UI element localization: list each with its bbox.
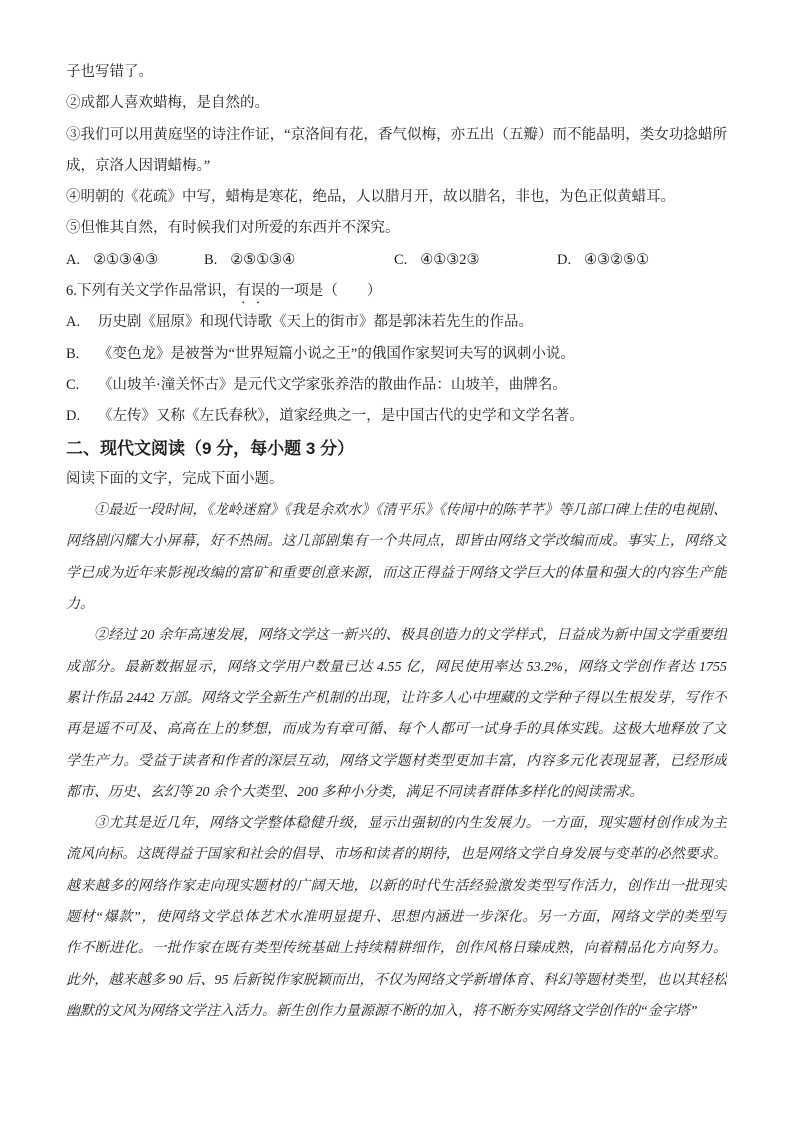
option-sequence: ②①③④③ xyxy=(93,252,158,268)
option-sequence: ④①③2③ xyxy=(420,252,479,268)
context-line: ④明朝的《花疏》中写，蜡梅是寒花，绝品，人以腊月开，故以腊名，非也，为色正似黄蜡… xyxy=(66,182,727,213)
passage-line: 作不断进化。一批作家在既有类型传统基础上持续精耕细作，创作风格日臻成熟，向着精品… xyxy=(66,933,727,964)
question5-options-row: A.②①③④③B.②⑤①③④C.④①③2③D.④③②⑤① xyxy=(66,245,727,276)
reading-passage: ①最近一段时间，《龙岭迷窟》《我是余欢水》《清平乐》《传闻中的陈芊芊》等几部口碑… xyxy=(66,495,727,1027)
question5-context-lines: 子也写错了。②成都人喜欢蜡梅，是自然的。③我们可以用黄庭坚的诗注作证，“京洛间有… xyxy=(66,57,727,245)
option-label: A. xyxy=(66,307,98,338)
passage-line: 力。 xyxy=(66,589,727,620)
option-group: A.②①③④③ xyxy=(66,245,204,276)
question6-stem-prefix: 6.下列有关文学作品常识， xyxy=(66,283,236,299)
passage-line: ②经过 20 余年高速发展，网络文学这一新兴的、极具创造力的文学样式，日益成为新… xyxy=(66,620,727,651)
question6-block: 6.下列有关文学作品常识，有误的一项是（ ） A.历史剧《屈原》和现代诗歌《天上… xyxy=(66,276,727,432)
passage-line: 幽默的文风为网络文学注入活力。新生创作力量源源不断的加入，将不断夯实网络文学创作… xyxy=(66,996,727,1027)
question6-options: A.历史剧《屈原》和现代诗歌《天上的街市》都是郭沫若先生的作品。B.《变色龙》是… xyxy=(66,307,727,432)
section2-heading: 二、现代文阅读（9 分，每小题 3 分） xyxy=(66,433,727,464)
option-sequence: ④③②⑤① xyxy=(584,252,649,268)
reading-instruction: 阅读下面的文字，完成下面小题。 xyxy=(66,464,727,495)
passage-paragraph: ①最近一段时间，《龙岭迷窟》《我是余欢水》《清平乐》《传闻中的陈芊芊》等几部口碑… xyxy=(66,495,727,620)
context-line: 成，京洛人因谓蜡梅。” xyxy=(66,151,727,182)
passage-line: 学已成为近年来影视改编的富矿和重要创意来源，而这正得益于网络文学巨大的体量和强大… xyxy=(66,558,727,589)
passage-line: 流风向标。这既得益于国家和社会的倡导、市场和读者的期待，也是网络文学自身发展与变… xyxy=(66,839,727,870)
question6-stem: 6.下列有关文学作品常识，有误的一项是（ ） xyxy=(66,276,727,307)
context-line: ⑤但惟其自然，有时候我们对所爱的东西并不深究。 xyxy=(66,213,727,244)
passage-line: 此外，越来越多 90 后、95 后新锐作家脱颖而出，不仅为网络文学新增体育、科幻… xyxy=(66,965,727,996)
passage-line: ①最近一段时间，《龙岭迷窟》《我是余欢水》《清平乐》《传闻中的陈芊芊》等几部口碑… xyxy=(66,495,727,526)
option-sequence: ②⑤①③④ xyxy=(230,252,295,268)
question6-stem-emphasized: 有误 xyxy=(236,283,265,299)
passage-line: 学生产力。受益于读者和作者的深层互动，网络文学题材类型更加丰富，内容多元化表现显… xyxy=(66,746,727,777)
passage-line: 题材“爆款”，使网络文学总体艺术水准明显提升、思想内涵进一步深化。另一方面，网络… xyxy=(66,902,727,933)
section2-block: 二、现代文阅读（9 分，每小题 3 分） 阅读下面的文字，完成下面小题。 ①最近… xyxy=(66,433,727,1028)
passage-line: ③尤其是近几年，网络文学整体稳健升级，显示出强韧的内生发展力。一方面，现实题材创… xyxy=(66,808,727,839)
option-label: D. xyxy=(66,401,98,432)
question5-block: 子也写错了。②成都人喜欢蜡梅，是自然的。③我们可以用黄庭坚的诗注作证，“京洛间有… xyxy=(66,57,727,276)
question-option: B.《变色龙》是被誉为“世界短篇小说之王”的俄国作家契诃夫写的讽刺小说。 xyxy=(66,339,727,370)
option-text: 《左传》又称《左氏春秋》，道家经典之一，是中国古代的史学和文学名著。 xyxy=(98,401,584,432)
option-group: D.④③②⑤① xyxy=(557,245,727,276)
passage-line: 累计作品 2442 万部。网络文学全新生产机制的出现，让许多人心中埋藏的文学种子… xyxy=(66,683,727,714)
option-label: D. xyxy=(557,245,571,276)
passage-line: 越来越多的网络作家走向现实题材的广阔天地，以新的时代生活经验激发类型写作活力，创… xyxy=(66,871,727,902)
question-option: C.《山坡羊·潼关怀古》是元代文学家张养浩的散曲作品：山坡羊，曲牌名。 xyxy=(66,370,727,401)
exam-page: 子也写错了。②成都人喜欢蜡梅，是自然的。③我们可以用黄庭坚的诗注作证，“京洛间有… xyxy=(0,0,793,1122)
question-option: D.《左传》又称《左氏春秋》，道家经典之一，是中国古代的史学和文学名著。 xyxy=(66,401,727,432)
question6-stem-suffix: 的一项是（ ） xyxy=(265,283,381,299)
passage-line: 网络剧闪耀大小屏幕，好不热闹。这几部剧集有一个共同点，即皆由网络文学改编而成。事… xyxy=(66,526,727,557)
option-text: 《山坡羊·潼关怀古》是元代文学家张养浩的散曲作品：山坡羊，曲牌名。 xyxy=(98,370,567,401)
option-label: B. xyxy=(204,245,217,276)
option-label: B. xyxy=(66,339,98,370)
context-line: ②成都人喜欢蜡梅，是自然的。 xyxy=(66,88,727,119)
option-group: C.④①③2③ xyxy=(394,245,557,276)
option-group: B.②⑤①③④ xyxy=(204,245,394,276)
context-line: 子也写错了。 xyxy=(66,57,727,88)
question-option: A.历史剧《屈原》和现代诗歌《天上的街市》都是郭沫若先生的作品。 xyxy=(66,307,727,338)
option-label: A. xyxy=(66,245,80,276)
passage-paragraph: ③尤其是近几年，网络文学整体稳健升级，显示出强韧的内生发展力。一方面，现实题材创… xyxy=(66,808,727,1027)
option-label: C. xyxy=(66,370,98,401)
passage-line: 再是遥不可及、高高在上的梦想，而成为有章可循、每个人都可一试身手的具体实践。这极… xyxy=(66,714,727,745)
option-text: 历史剧《屈原》和现代诗歌《天上的街市》都是郭沫若先生的作品。 xyxy=(98,307,533,338)
option-label: C. xyxy=(394,245,407,276)
passage-line: 都市、历史、玄幻等 20 余个大类型、200 多种小分类，满足不同读者群体多样化… xyxy=(66,777,727,808)
context-line: ③我们可以用黄庭坚的诗注作证，“京洛间有花，香气似梅，亦五出（五瓣）而不能晶明，… xyxy=(66,120,727,151)
passage-paragraph: ②经过 20 余年高速发展，网络文学这一新兴的、极具创造力的文学样式，日益成为新… xyxy=(66,620,727,808)
passage-line: 成部分。最新数据显示，网络文学用户数量已达 4.55 亿，网民使用率达 53.2… xyxy=(66,652,727,683)
option-text: 《变色龙》是被誉为“世界短篇小说之王”的俄国作家契诃夫写的讽刺小说。 xyxy=(98,339,575,370)
